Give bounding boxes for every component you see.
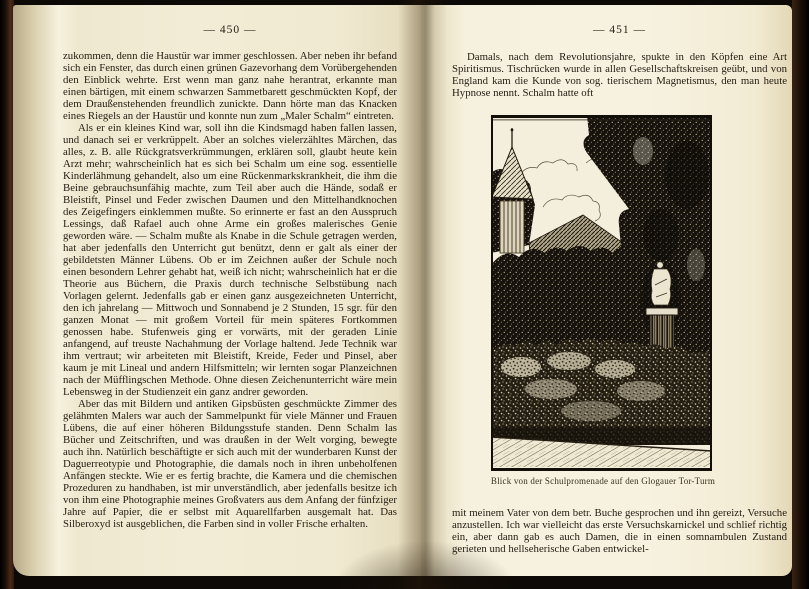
paragraph: mit meinem Vater von dem betr. Buche ges… bbox=[452, 507, 787, 555]
paragraph: Damals, nach dem Revolutionsjahre, spukt… bbox=[452, 51, 787, 99]
page-number-right: — 451 — bbox=[452, 24, 787, 36]
scan-edge-left bbox=[0, 0, 14, 589]
scan-edge-right bbox=[792, 0, 809, 589]
page-left-450: — 450 — zukommen, denn die Haustür war i… bbox=[13, 5, 421, 576]
book-scan: — 450 — zukommen, denn die Haustür war i… bbox=[0, 0, 809, 589]
paragraph: Als er ein kleines Kind war, soll ihn di… bbox=[63, 122, 397, 398]
right-page-text-top: Damals, nach dem Revolutionsjahre, spukt… bbox=[452, 51, 787, 99]
illustration-caption: Blick von der Schulpromenade auf den Glo… bbox=[429, 476, 777, 486]
page-right-451: — 451 — Damals, nach dem Revolutionsjahr… bbox=[421, 5, 792, 576]
paragraph: zukommen, denn die Haustür war immer ges… bbox=[63, 50, 397, 122]
page-number-left: — 450 — bbox=[63, 24, 397, 36]
illustration-glogauer-tor-turm bbox=[491, 115, 712, 471]
left-page-text: zukommen, denn die Haustür war immer ges… bbox=[63, 50, 397, 530]
engraving-image bbox=[491, 115, 712, 471]
paragraph: Aber das mit Bildern und antiken Gipsbüs… bbox=[63, 398, 397, 530]
right-page-text-bottom: mit meinem Vater von dem betr. Buche ges… bbox=[452, 507, 787, 555]
